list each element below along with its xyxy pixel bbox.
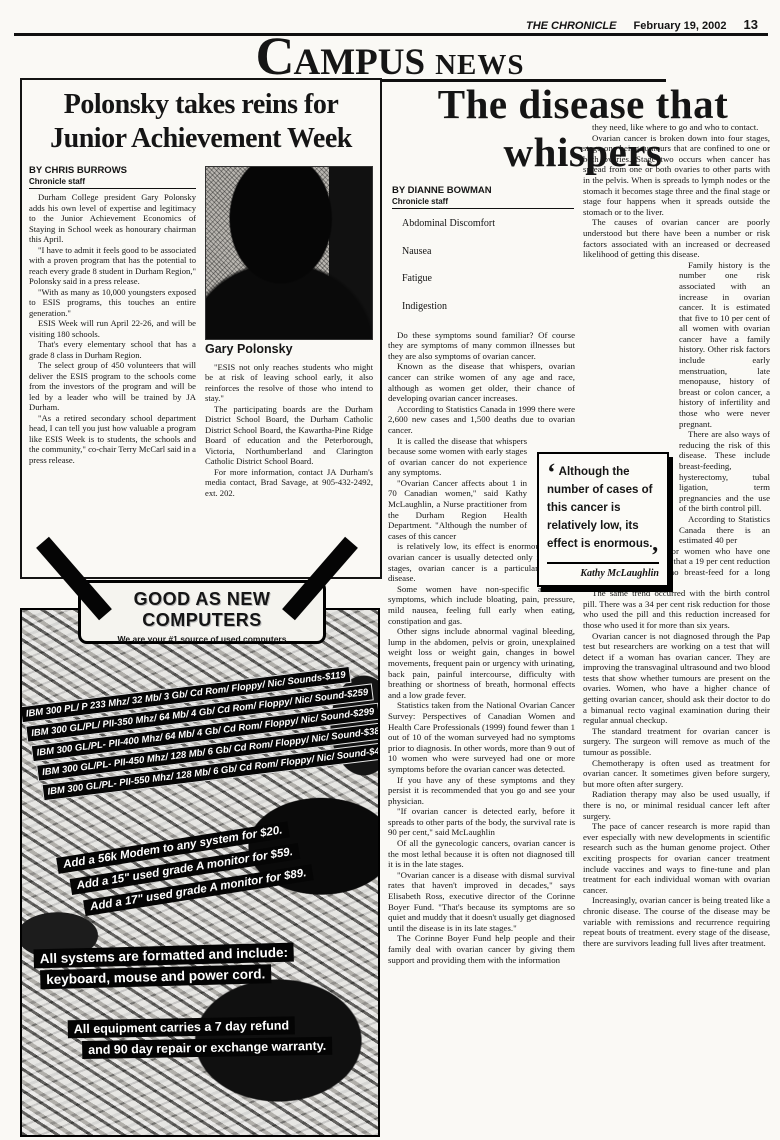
article-paragraph: Some women have non-specific abdominal s… bbox=[388, 584, 575, 626]
article-paragraph: Do these symptoms sound familiar? Of cou… bbox=[388, 330, 575, 362]
article-disease-that-whispers: The disease that whispers BY DIANNE BOWM… bbox=[388, 80, 778, 1140]
article-paragraph: Statistics taken from the National Ovari… bbox=[388, 700, 575, 774]
pull-quote-divider bbox=[547, 562, 659, 564]
pull-quote-attribution: Kathy McLaughlin bbox=[547, 568, 659, 579]
ad-subtitle: We are your #1 source of used computers bbox=[81, 634, 323, 644]
article-paragraph: Ovarian cancer is not diagnosed through … bbox=[583, 631, 770, 726]
symptom-item: Nausea bbox=[402, 247, 575, 258]
article-body: cent risk reduction for women who have o… bbox=[583, 546, 770, 949]
ad-include-line2: keyboard, mouse and power cord. bbox=[40, 964, 271, 989]
article-paragraph: Family history is the number one risk as… bbox=[679, 260, 770, 430]
issue-date: February 19, 2002 bbox=[634, 20, 727, 32]
article-body: Durham College president Gary Polonsky a… bbox=[29, 192, 196, 465]
article-paragraph: Radiation therapy may also be used usual… bbox=[583, 789, 770, 821]
byline-org: Chronicle staff bbox=[392, 197, 574, 210]
masthead-campus: AMPUS bbox=[294, 42, 426, 83]
article-paragraph: "With as many as 10,000 youngsters expos… bbox=[29, 287, 196, 319]
article-paragraph: they need, like where to go and who to c… bbox=[583, 122, 770, 133]
page-number: 13 bbox=[744, 17, 758, 32]
article-paragraph: It is called the disease that whispers b… bbox=[388, 436, 527, 478]
byline: BY DIANNE BOWMAN bbox=[392, 186, 574, 197]
article-paragraph: The standard treatment for ovarian cance… bbox=[583, 726, 770, 758]
symptom-item: Fatigue bbox=[402, 274, 575, 285]
article-paragraph: Durham College president Gary Polonsky a… bbox=[29, 192, 196, 245]
gary-polonsky-photo bbox=[205, 166, 373, 340]
symptom-item: Abdominal Discomfort bbox=[402, 219, 575, 230]
article-paragraph: "Ovarian cancer is a disease with dismal… bbox=[388, 870, 575, 934]
article-paragraph: According to Statistics Canada there is … bbox=[679, 514, 770, 546]
photo-caption: Gary Polonsky bbox=[205, 344, 373, 355]
article-paragraph: There are also ways of reducing the risk… bbox=[679, 429, 770, 514]
article-paragraph: "Ovarian Cancer affects about 1 in 70 Ca… bbox=[388, 478, 527, 542]
byline: BY CHRIS BURROWS bbox=[29, 166, 196, 177]
symptom-item: Indigestion bbox=[402, 302, 575, 313]
article-body: Do these symptoms sound familiar? Of cou… bbox=[388, 330, 575, 436]
computers-advertisement: IBM 300 PL/ P 233 Mhz/ 32 Mb/ 3 Gb/ Cd R… bbox=[20, 608, 380, 1137]
paper-name: THE CHRONICLE bbox=[526, 20, 616, 32]
article-paragraph: The causes of ovarian cancer are poorly … bbox=[583, 217, 770, 259]
masthead-news: NEWS bbox=[435, 49, 524, 81]
article-paragraph: If you have any of these symptoms and th… bbox=[388, 775, 575, 807]
ad-warranty-note: All equipment carries a 7 day refund and… bbox=[68, 1016, 333, 1063]
article-paragraph: According to Statistics Canada in 1999 t… bbox=[388, 404, 575, 436]
ad-warranty-line1: All equipment carries a 7 day refund bbox=[68, 1016, 296, 1038]
article-paragraph: "ESIS not only reaches students who migh… bbox=[205, 362, 373, 404]
article-paragraph: The Corinne Boyer Fund help people and t… bbox=[388, 933, 575, 965]
article-paragraph: Known as the disease that whispers, ovar… bbox=[388, 361, 575, 403]
article-paragraph: The participating boards are the Durham … bbox=[205, 404, 373, 467]
article-paragraph: Ovarian cancer is broken down into four … bbox=[583, 133, 770, 218]
article-paragraph: Chemotherapy is often used as treatment … bbox=[583, 758, 770, 790]
ad-addon-list: Add a 56k Modem to any system for $20.Ad… bbox=[56, 819, 314, 926]
masthead-initial: C bbox=[256, 26, 294, 86]
symptom-list: Abdominal DiscomfortNauseaFatigueIndiges… bbox=[402, 219, 575, 312]
article-paragraph: "If ovarian cancer is detected early, be… bbox=[388, 806, 575, 838]
article-body: "ESIS not only reaches students who migh… bbox=[205, 362, 373, 499]
article-paragraph: Other signs include abnormal vaginal ble… bbox=[388, 626, 575, 700]
article-paragraph: Of all the gynecologic cancers, ovarian … bbox=[388, 838, 575, 870]
ad-include-note: All systems are formatted and include: k… bbox=[33, 943, 294, 992]
pull-quote-text: Although the number of cases of this can… bbox=[547, 466, 652, 550]
section-masthead: CAMPUSNEWS bbox=[0, 34, 780, 84]
article-paragraph: "I have to admit it feels good to be ass… bbox=[29, 245, 196, 287]
article-paragraph: Increasingly, ovarian cancer is being tr… bbox=[583, 895, 770, 948]
page-header: THE CHRONICLE February 19, 2002 13 bbox=[526, 17, 758, 32]
article-paragraph: The select group of 450 volunteers that … bbox=[29, 360, 196, 413]
article-polonsky: Polonsky takes reins for Junior Achievem… bbox=[20, 78, 382, 579]
article-body: is relatively low, its effect is enormou… bbox=[388, 541, 575, 965]
close-quote-mark: ’ bbox=[651, 552, 659, 560]
ad-warranty-line2: and 90 day repair or exchange warranty. bbox=[82, 1037, 332, 1059]
open-quote-mark: ‘ bbox=[547, 458, 556, 487]
ad-product-list: IBM 300 PL/ P 233 Mhz/ 32 Mb/ 3 Gb/ Cd R… bbox=[20, 658, 380, 806]
article-paragraph: ESIS Week will run April 22-26, and will… bbox=[29, 318, 196, 339]
left-article-col1: BY CHRIS BURROWS Chronicle staff Durham … bbox=[29, 166, 196, 498]
article-paragraph: That's every elementary school that has … bbox=[29, 339, 196, 360]
article-paragraph: The pace of cancer research is more rapi… bbox=[583, 821, 770, 895]
article-body: they need, like where to go and who to c… bbox=[583, 122, 770, 260]
pull-quote-box: ‘Although the number of cases of this ca… bbox=[537, 452, 669, 587]
headline-line1: The disease that bbox=[388, 80, 778, 128]
article-paragraph: For more information, contact JA Durham'… bbox=[205, 467, 373, 499]
left-article-col2: Gary Polonsky "ESIS not only reaches stu… bbox=[205, 166, 373, 498]
article-headline: Polonsky takes reins for Junior Achievem… bbox=[22, 80, 380, 162]
byline-org: Chronicle staff bbox=[29, 177, 196, 190]
article-paragraph: The same trend occurred with the birth c… bbox=[583, 588, 770, 630]
article-paragraph: "As a retired secondary school departmen… bbox=[29, 413, 196, 466]
